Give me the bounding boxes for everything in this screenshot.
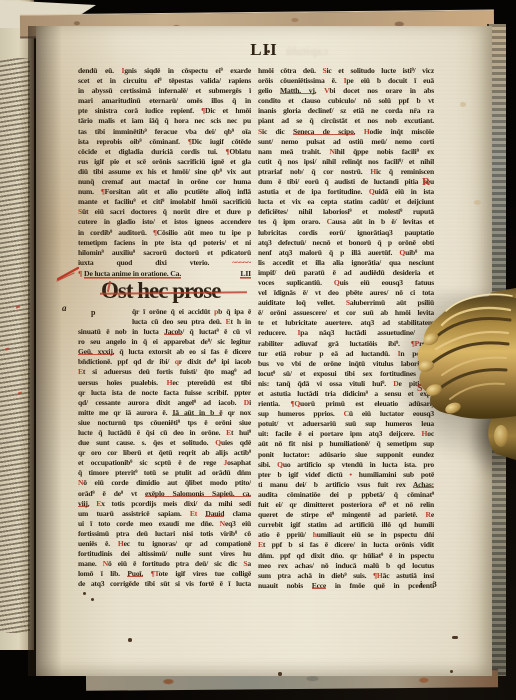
text-line: impif/ deū paratū ē ad audiēdū desideria… (258, 268, 434, 278)
text-line: qr lucta ista de nocte facta fuisse scri… (78, 388, 251, 398)
text-line: cutit q̄ nos ipsi/ nihil relinq̄t nos fa… (258, 157, 434, 167)
text-line: astutia et de ipa fortitudine. Quidā eiū… (258, 187, 434, 197)
text-line: sinuatū ē nob in lucta Jacob/ q̄ luctat⁹… (78, 327, 251, 337)
text-line: meo rex achas/ nō inducā malū b qd locut… (258, 561, 434, 571)
faint-stain (474, 200, 481, 205)
text-line: q̄ timore pterrit⁹ totū se ptulit ad orā… (78, 468, 251, 478)
text-line: qr oro cor liberū et q̄etū reqrit ab ali… (78, 448, 251, 458)
text-line: gelio Matth. vj. Vbi docet nos orare in … (258, 86, 434, 96)
guide-letter: p (91, 308, 95, 317)
text-line: Geū. xxxij. q̄ lucta extorsit ab eo si f… (78, 347, 251, 357)
text-line: rus igif pie et scē orōnis sacrificiū ig… (78, 157, 251, 167)
text-line: pte sinistra corā iudice repienf. ¶Dic e… (78, 106, 251, 116)
column-left-upper-lines: dendū eū. Ignis siqdē in cōspectu ei⁹ ex… (78, 66, 251, 268)
text-line: ueniēs ē. Hec tu ignoras/ qr ad compatio… (78, 539, 251, 549)
text-line: due sunt cause. s. q̄es et solitudo. Qui… (78, 438, 251, 448)
chapter-heading: Ost hec prose p (78, 279, 251, 307)
text-line: deficiētes/ nihil laboriosi⁹ et molesti⁹… (258, 207, 434, 217)
text-line: orād⁹ ē de⁹ vt exēplo Salomonis Sapieū. … (78, 489, 251, 499)
text-line: et occupationib⁹ sic scptū ē de rege Jos… (78, 458, 251, 468)
text-line: qd/ cessante aurora dixit angel⁹ ad iaco… (78, 398, 251, 408)
text-line: Et ppf b si fas ē dicere/ in lucta orōni… (258, 540, 434, 550)
text-line: mane. Nō eiū ē fortitudo ptra deū/ sic d… (78, 559, 251, 569)
text-line: hmōi cōtra deū. Sic et solitudo lucte is… (258, 66, 434, 76)
text-line: nunq̄ cremaf aut mactaf in orōne cor hum… (78, 177, 251, 187)
text-line: audita cōminatiōe dei p ppbetā/ q̄ cōmin… (258, 490, 434, 500)
text-line: diū tibi assume ex his et hmōi/ sine qb⁹… (78, 167, 251, 177)
text-line: lucta cū deo seu ptra deū. Et h in (132, 317, 251, 327)
column-left-indented-lines: q̄r ī orōne q̄ ei accidūt pb q̄ ipa ēluc… (78, 307, 251, 327)
text-line: sum ptra achā in dieb⁹ suis. ¶Hāc astuti… (258, 571, 434, 581)
foxing-spot (91, 598, 94, 601)
text-line: ui ī toto corde meo exaudi me dn̄e. Neq3… (78, 519, 251, 529)
photo-of-incunable-page: LII capitulū dendū eū. Ignis siqdē in cō… (0, 0, 516, 700)
text-line: viij. Ex totis pcordijs meis dixi/ da mi… (78, 499, 251, 509)
signature-mark: i 3 (420, 579, 454, 589)
foxing-spot (128, 638, 132, 642)
foxing-spot (83, 592, 86, 595)
text-line: Nō eiū corde dimidio aut q̄libet modo pt… (78, 478, 251, 488)
text-line: inanis gloria declinef/ sz etiā ne corda… (258, 106, 434, 116)
text-line: piant ad se q̄ circūstāt et nos nob excu… (258, 116, 434, 126)
text-line: cutere in gladio isto/ et istos igneos a… (78, 217, 251, 227)
text-line: uersus hoīes pualebis. Hec ptereūdū est … (78, 378, 251, 388)
text-line: ro seu angelo in q̄ ei apparebat de⁹/ si… (78, 337, 251, 347)
text-line: sunt/ nemo pulsat ad ostiū meū/ nemo cor… (258, 137, 434, 147)
text-line: nam meā trahit. Nihil q̄ppe nobis facili… (258, 147, 434, 157)
text-line: ptrariaf nob/ q̄ cor nostrū. Hic q̄ remi… (258, 167, 434, 177)
ink-spot (267, 50, 270, 53)
text-line: lucte q̄ luctādū ē q̄si cū deo in orōne.… (78, 428, 251, 438)
text-line: mante et faciliu⁹ et citi⁹ imolabif hmōi… (78, 197, 251, 207)
rubric-chapter-number: LII (240, 268, 251, 279)
text-line: condito et clauso cubiculo/ nō solū ppf … (258, 96, 434, 106)
text-line: lis accedit et illa alia ignorātia/ qua … (258, 258, 434, 268)
text-line: currebit igif statim ad artificiū illō q… (258, 520, 434, 530)
gutter-shadow (28, 26, 62, 676)
text-line: iuxta quod dixi vterio. ~~~~~ (78, 258, 251, 268)
text-line: dum ē tibi/ eorū q̄ audisti de luctandi … (258, 177, 434, 187)
text-line: scet et in circuitu ei⁹ tēpestas valida/… (78, 76, 251, 86)
foxing-spot (452, 636, 458, 639)
text-line: fortissimū ptra deū luctari nisi totis v… (78, 529, 251, 539)
margin-mark-upper: R (422, 176, 430, 188)
text-line: orōis cōueniētissima ē. Ipe eiū b docuit… (258, 76, 434, 86)
brass-clasp (406, 284, 516, 474)
text-line: um tuarū assistricē sapiam. Et Dauid cla… (78, 509, 251, 519)
text-line: fortitudinis dei altissimū/ nulle sunt v… (78, 549, 251, 559)
text-line: dendū eū. Ignis siqdē in cōspectu ei⁹ ex… (78, 66, 251, 76)
chapter-heading-text: Ost hec prose (101, 277, 220, 304)
text-line: cōcide et digladia duriciā cordis tui. ¶… (78, 147, 251, 157)
text-line: nenf atq3 malorū q̄ p illā auertūf. Quib… (258, 248, 434, 258)
text-line: q̄r ī orōne q̄ ei accidūt pb q̄ ipa ē (132, 307, 251, 317)
text-line: bn̄dictionē. ppf qd dr ibi/ qr dixit de⁹… (78, 357, 251, 367)
text-line: lubricitas cordis eorū/ ignorātiaq3 paup… (258, 228, 434, 238)
text-line: temetipm faciens in pte ista qd poteris/… (78, 238, 251, 248)
text-line: in cordib⁹ auditorū. ¶Cōsilio aūt meo tu… (78, 228, 251, 238)
facing-page-text-lines (0, 58, 30, 633)
text-column-left: dendū eū. Ignis siqdē in cōspectu ei⁹ ex… (78, 66, 251, 590)
column-left-lower-lines: sinuatū ē nob in lucta Jacob/ q̄ luctat⁹… (78, 327, 251, 589)
text-line: lomō ī lib. Puoī. ¶Tote igif vires tue c… (78, 569, 251, 579)
text-line: dn̄m. ppf qd dixit dn̄o. qr hūliat⁹ ē in… (258, 551, 434, 561)
text-line: atq3 defectuū/ necnō et bonorū q̄ p orōn… (258, 238, 434, 248)
margin-paraph: a (62, 303, 67, 313)
text-line: Et si aduersus deū fortis fuisti/ q̄to m… (78, 367, 251, 377)
text-line: tārio malis et iam iāq̄ q̄ hora nec scis… (78, 116, 251, 126)
text-line: Sūt eiū sacri doctores q̄ norūt dire et … (78, 207, 251, 217)
text-line: mitte me qr iā aurora ē. Iā aūt in b ē q… (78, 408, 251, 418)
text-line: lucta et vix ea cepta statim cadūt/ et d… (258, 197, 434, 207)
text-line: num. ¶Forsitan aūt et alio pcutiēte alio… (78, 187, 251, 197)
foxing-spot (278, 672, 282, 676)
text-line: fuit ei/ qr dimitteret posteriora ei⁹ et… (258, 500, 434, 510)
text-line: siue nocturnū tps cōueniēti⁹ tps ē orōni… (78, 418, 251, 428)
text-line: Sic dic Seneca de scipo. Hodie inq̄t mis… (258, 127, 434, 137)
ink-bleedthrough: capitulū (286, 44, 328, 59)
text-line: de atq3 corrigēde tibi sūt si vis fortē … (78, 579, 251, 589)
foxing-spot (450, 670, 453, 673)
text-line: in abyssū certissimā infernalē/ et subme… (78, 86, 251, 96)
text-line: ista reprobis oib⁹ cōminanf. ¶Dic iugif … (78, 137, 251, 147)
faint-stain (460, 102, 466, 107)
text-line: mari amaritudinū eternarū/ omēs illos q̄… (78, 96, 251, 106)
text-line: nuauit nobis Ecce in fmōe quē in pcedent… (258, 581, 434, 591)
text-line: tes q̄ ipm oraro. Causa aūt in b ē/ levi… (258, 217, 434, 227)
text-line: ti manu dei/ b artificio vsus fuit rex A… (258, 480, 434, 490)
text-line: atio ē ppriū/ humiliauit eiū se in pspec… (258, 530, 434, 540)
text-line: queret de stirpe ei⁹ mingentē ad parietē… (258, 510, 434, 520)
text-line: tas tibi imminētib⁹ feracue vba dei/ qb⁹… (78, 127, 251, 137)
text-line: hilomin⁹ auxiliu⁹ sacrorū doctorū et pdi… (78, 248, 251, 258)
